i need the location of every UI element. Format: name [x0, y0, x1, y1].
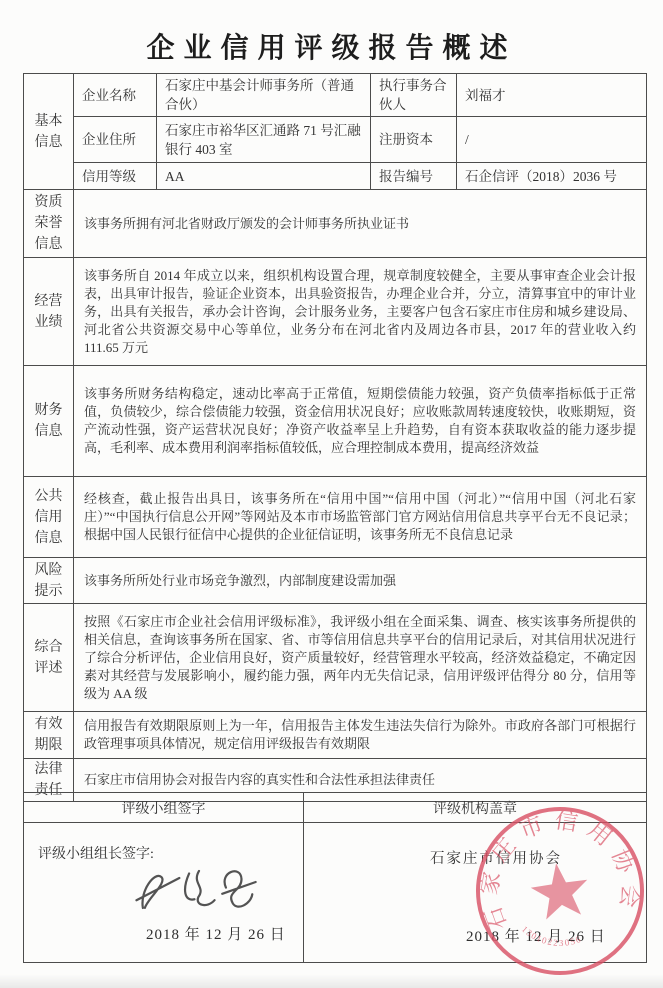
section-label-qualification-honor: 资质荣誉信息	[24, 190, 74, 258]
signature-cell: 评级小组组长签字: 2018 年 12 月 26 日	[24, 823, 304, 963]
registered-capital-label: 注册资本	[371, 117, 457, 163]
business-performance-content: 该事务所自 2014 年成立以来，组织机构设置合理，规章制度较健全，主要从事审查…	[74, 258, 647, 366]
group-leader-signature-label: 评级小组组长签字:	[38, 843, 154, 863]
stamp-serial-holder: 13010223056	[519, 916, 584, 953]
table-row: 风险提示 该事务所所处行业市场竞争激烈，内部制度建设需加强	[24, 558, 647, 604]
company-address-value: 石家庄市裕华区汇通路 71 号汇融银行 403 室	[157, 117, 371, 163]
signature-stamp-table: 评级小组签字 评级机构盖章 评级小组组长签字: 2018 年 12 月 26 日	[23, 792, 647, 963]
table-row: 综合评述 按照《石家庄市企业社会信用评级标准》，我评级小组在全面采集、调查、核实…	[24, 604, 647, 712]
table-row: 资质荣誉信息 该事务所拥有河北省财政厅颁发的会计师事务所执业证书	[24, 190, 647, 258]
table-row: 公共信用信息 经核查，截止报告出具日，该事务所在“信用中国”“信用中国（河北）”…	[24, 477, 647, 558]
section-label-business-performance: 经营业绩	[24, 258, 74, 366]
section-label-public-credit-info: 公共信用信息	[24, 477, 74, 558]
risk-warning-content: 该事务所所处行业市场竞争激烈，内部制度建设需加强	[74, 558, 647, 604]
report-page: 企业信用评级报告概述 基本信息 企业名称 石家庄中基会计师事务所（普通合伙） 执…	[0, 0, 663, 988]
signature-date: 2018 年 12 月 26 日	[146, 923, 286, 944]
credit-rating-value: AA	[157, 163, 371, 190]
section-label-comprehensive-review: 综合评述	[24, 604, 74, 712]
comprehensive-review-content: 按照《石家庄市企业社会信用评级标准》，我评级小组在全面采集、调查、核实该事务所提…	[74, 604, 647, 712]
scan-shadow	[0, 974, 663, 988]
table-row: 企业住所 石家庄市裕华区汇通路 71 号汇融银行 403 室 注册资本 /	[24, 117, 647, 163]
company-name-label: 企业名称	[74, 74, 157, 117]
report-table: 基本信息 企业名称 石家庄中基会计师事务所（普通合伙） 执行事务合伙人 刘福才 …	[23, 73, 647, 802]
section-label-risk-warning: 风险提示	[24, 558, 74, 604]
executive-partner-value: 刘福才	[457, 74, 647, 117]
section-label-financial-info: 财务信息	[24, 366, 74, 477]
section-label-basic-info: 基本信息	[24, 74, 74, 190]
company-address-label: 企业住所	[74, 117, 157, 163]
page-title: 企业信用评级报告概述	[0, 0, 663, 66]
company-name-value: 石家庄中基会计师事务所（普通合伙）	[157, 74, 371, 117]
stamp-star-icon	[528, 859, 592, 921]
credit-rating-label: 信用等级	[74, 163, 157, 190]
rating-team-signature-header: 评级小组签字	[24, 793, 304, 823]
official-stamp: 石家庄市信用协会 13010223056	[458, 789, 661, 988]
stamp-cell: 石家庄市信用协会 2018 年 12 月 26 日 石家庄市信用协会	[304, 823, 647, 963]
financial-info-content: 该事务所财务结构稳定，速动比率高于正常值，短期偿债能力较强，资产负债率指标低于正…	[74, 366, 647, 477]
table-row: 经营业绩 该事务所自 2014 年成立以来，组织机构设置合理，规章制度较健全，主…	[24, 258, 647, 366]
table-row: 有效期限 信用报告有效期限原则上为一年，信用报告主体发生违法失信行为除外。市政府…	[24, 712, 647, 759]
executive-partner-label: 执行事务合伙人	[371, 74, 457, 117]
public-credit-info-content: 经核查，截止报告出具日，该事务所在“信用中国”“信用中国（河北）”“信用中国（河…	[74, 477, 647, 558]
validity-period-content: 信用报告有效期限原则上为一年，信用报告主体发生违法失信行为除外。市政府各部门可根…	[74, 712, 647, 759]
table-row: 财务信息 该事务所财务结构稳定，速动比率高于正常值，短期偿债能力较强，资产负债率…	[24, 366, 647, 477]
report-number-value: 石企信评（2018）2036 号	[457, 163, 647, 190]
table-row: 评级小组组长签字: 2018 年 12 月 26 日 石家庄市信用协会 2018…	[24, 823, 647, 963]
report-number-label: 报告编号	[371, 163, 457, 190]
group-leader-handwritten-signature	[132, 856, 265, 925]
qualification-honor-content: 该事务所拥有河北省财政厅颁发的会计师事务所执业证书	[74, 190, 647, 258]
table-row: 基本信息 企业名称 石家庄中基会计师事务所（普通合伙） 执行事务合伙人 刘福才	[24, 74, 647, 117]
registered-capital-value: /	[457, 117, 647, 163]
stamp-serial-number: 13010223056	[519, 916, 584, 953]
section-label-validity-period: 有效期限	[24, 712, 74, 759]
table-row: 信用等级 AA 报告编号 石企信评（2018）2036 号	[24, 163, 647, 190]
